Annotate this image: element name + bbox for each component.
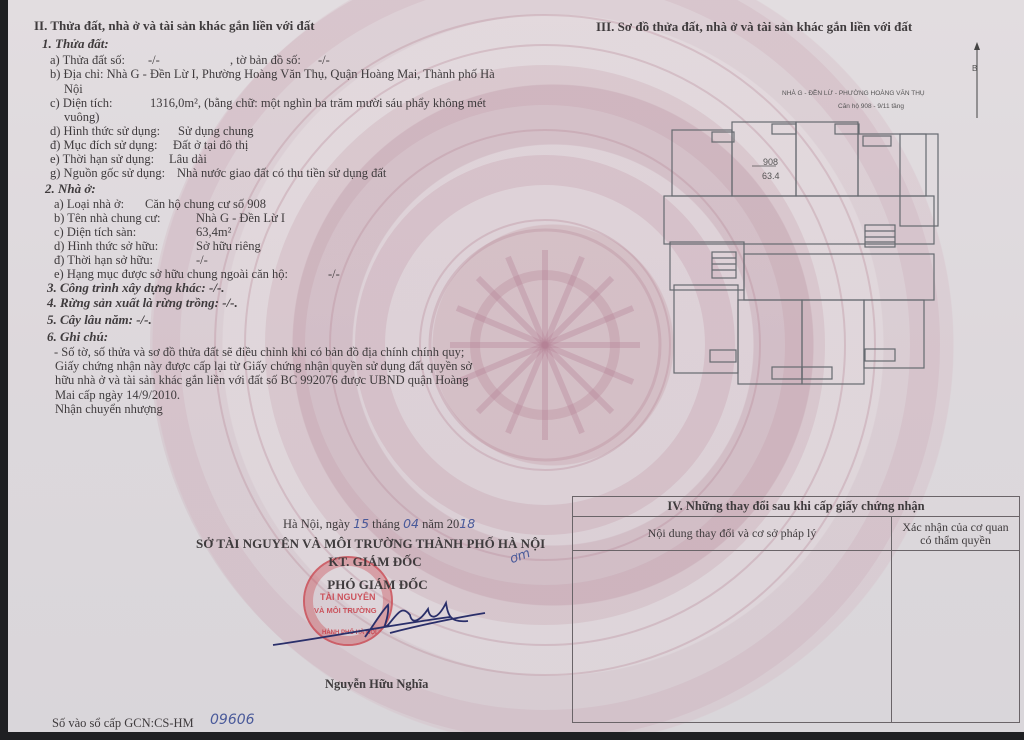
map-sheet-value: -/-: [318, 53, 330, 67]
usage-origin-value: Nhà nước giao đất có thu tiền sử dụng đấ…: [177, 166, 386, 180]
note-line: Nhận chuyển nhượng: [55, 402, 163, 416]
section-4-title: IV. Những thay đổi sau khi cấp giấy chứn…: [573, 497, 1020, 517]
north-label: B: [972, 62, 977, 76]
registry-label: Số vào sổ cấp GCN:CS-HM: [52, 716, 194, 730]
date-year-hand: 18: [459, 516, 475, 531]
usage-origin-label: g) Nguồn gốc sử dụng:: [50, 166, 165, 180]
shared-items-value: -/-: [328, 267, 340, 281]
issue-date: Hà Nội, ngày 15 tháng 04 năm 2018: [283, 517, 475, 531]
usage-term-value: Lâu dài: [169, 152, 207, 166]
date-year-label: năm 20: [422, 517, 459, 531]
land-area-label: c) Diện tích:: [50, 96, 112, 110]
shared-items-label: e) Hạng mục được sở hữu chung ngoài căn …: [54, 267, 288, 281]
map-sheet-label: , tờ bản đồ số:: [230, 53, 301, 67]
note-line: hữu nhà ở và tài sản khác gắn liền với đ…: [55, 373, 469, 387]
address-line-2: Nội: [64, 82, 83, 96]
usage-form-label: d) Hình thức sử dụng:: [50, 124, 160, 138]
authority-header-line-2: có thẩm quyền: [896, 534, 1015, 547]
land-heading: 1. Thửa đất:: [42, 37, 109, 51]
authority-confirmation-header: Xác nhận của cơ quan có thẩm quyền: [892, 517, 1020, 551]
registry-number: 09606: [210, 713, 255, 727]
building-name-label: b) Tên nhà chung cư:: [54, 211, 161, 225]
other-construction: 3. Công trình xây dựng khác: -/-.: [47, 281, 225, 295]
building-name-value: Nhà G - Đền Lừ I: [196, 211, 285, 225]
notes-heading: 6. Ghi chú:: [47, 330, 108, 344]
ownership-term-label: đ) Thời hạn sở hữu:: [54, 253, 153, 267]
note-line: - Số tờ, số thửa và sơ đồ thửa đất sẽ đi…: [54, 345, 464, 359]
date-day: 15: [353, 516, 369, 531]
ownership-form-label: d) Hình thức sở hữu:: [54, 239, 158, 253]
land-area-line-2: vuông): [64, 110, 99, 124]
floor-area-label: c) Diện tích sàn:: [54, 225, 136, 239]
date-month-label: tháng: [372, 517, 400, 531]
date-prefix: Hà Nội, ngày: [283, 517, 350, 531]
usage-term-label: e) Thời hạn sử dụng:: [50, 152, 154, 166]
house-heading: 2. Nhà ở:: [45, 182, 96, 196]
land-area-value: 1316,0m², (bằng chữ: một nghìn ba trăm m…: [150, 96, 486, 110]
address-line-1: b) Địa chỉ: Nhà G - Đền Lừ I, Phường Hoà…: [50, 67, 495, 81]
floor-area-value: 63,4m²: [196, 225, 231, 239]
production-forest: 4. Rừng sản xuất là rừng trồng: -/-.: [47, 296, 238, 310]
house-type-value: Căn hộ chung cư số 908: [145, 197, 266, 211]
on-behalf-label: KT. GIÁM ĐỐC: [295, 555, 455, 569]
plan-subcaption: Căn hộ 908 - 9/11 tầng: [838, 100, 904, 114]
floor-plan: [660, 120, 945, 385]
handwritten-signature: [270, 585, 500, 655]
signer-name: Nguyễn Hữu Nghĩa: [325, 677, 428, 691]
section-2-title: II. Thửa đất, nhà ở và tài sản khác gắn …: [34, 19, 315, 33]
ownership-term-value: -/-: [196, 253, 208, 267]
changes-table: IV. Những thay đổi sau khi cấp giấy chứn…: [572, 496, 1020, 723]
date-month: 04: [403, 516, 419, 531]
land-parcel-label: a) Thửa đất số:: [50, 53, 125, 67]
perennial-trees: 5. Cây lâu năm: -/-.: [47, 313, 152, 327]
note-line: Giấy chứng nhận này được cấp lại từ Giấy…: [55, 359, 472, 373]
ownership-form-value: Sở hữu riêng: [196, 239, 261, 253]
plan-caption: NHÀ G - ĐỀN LỪ - PHƯỜNG HOÀNG VĂN THỤ: [782, 87, 925, 101]
unit-number-label: 908: [763, 155, 778, 169]
authority-confirmation-cell: [892, 551, 1020, 723]
section-3-title: III. Sơ đồ thửa đất, nhà ở và tài sản kh…: [596, 20, 912, 34]
changes-content-cell: [573, 551, 892, 723]
house-type-label: a) Loại nhà ở:: [54, 197, 124, 211]
north-arrow-icon: [968, 40, 988, 120]
usage-purpose-value: Đất ở tại đô thị: [173, 138, 248, 152]
usage-purpose-label: đ) Mục đích sử dụng:: [50, 138, 157, 152]
changes-content-header: Nội dung thay đổi và cơ sở pháp lý: [573, 517, 892, 551]
department-name: SỞ TÀI NGUYÊN VÀ MÔI TRƯỜNG THÀNH PHỐ HÀ…: [196, 537, 545, 551]
note-line: Mai cấp ngày 14/9/2010.: [55, 388, 180, 402]
unit-area-label: 63.4: [762, 169, 780, 183]
land-parcel-value: -/-: [148, 53, 160, 67]
authority-header-line-1: Xác nhận của cơ quan: [896, 521, 1015, 534]
usage-form-value: Sử dụng chung: [178, 124, 254, 138]
